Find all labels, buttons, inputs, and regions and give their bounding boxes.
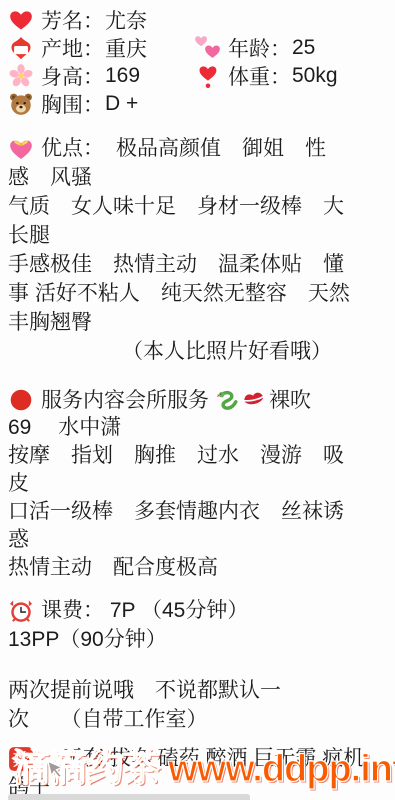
services-title-line: 服务内容会所服务 裸吹 [8,386,391,414]
profile-row-origin-age: 产地： 重庆 年龄： 25 [8,34,391,62]
watermark-url: www.ddpp.info [168,748,395,790]
name-badge-icon [8,35,34,61]
red-circle-icon [8,387,34,413]
merits-line: 丰胸翘臀 [8,308,391,337]
mouse-cursor-icon [46,757,70,781]
bottom-edge-bar [8,794,250,800]
height-label: 身高： [41,61,105,91]
pricing-line1: 课费： 7P （45分钟） [41,596,248,625]
merits-line: 气质 女人味十足 身材一级棒 大 [8,192,391,221]
services-line: 69 水中潇 [8,414,391,442]
origin-label: 产地： [41,33,105,63]
profile-block: 芳名： 尤奈 产地： 重庆 年龄： 25 [8,6,391,118]
age-value: 25 [292,36,315,60]
two-hearts-icon [195,35,221,61]
merits-block: 优点： 极品高颜值 御姐 性 感 风骚 气质 女人味十足 身材一级棒 大 长腿 … [8,134,391,366]
bust-value: D + [105,92,138,116]
merits-line: 事 活好不粘人 纯天然无整容 天然 [8,279,391,308]
pricing-line2: 13PP（90分钟） [8,625,391,654]
red-heart-icon [8,7,34,33]
profile-row-name: 芳名： 尤奈 [8,6,391,34]
merits-line: 长腿 [8,221,391,250]
pricing-title-line: 课费： 7P （45分钟） [8,596,391,625]
merits-title-line: 优点： 极品高颜值 御姐 性 [8,134,391,163]
heart-with-ribbon-icon [8,136,34,162]
services-line: 惑 [8,526,391,554]
height-value: 169 [105,64,140,88]
name-label: 芳名： [41,5,105,35]
merits-label: 优点： [41,134,104,163]
name-value: 尤奈 [105,5,147,35]
bear-icon [8,91,34,117]
services-line: 口活一级棒 多套情趣内衣 丝袜诱 [8,498,391,526]
alarm-clock-icon [8,598,34,624]
profile-row-bust: 胸围： D + [8,90,391,118]
services-block: 服务内容会所服务 裸吹 69 水中潇 按摩 指划 胸推 过水 漫游 吸 皮 口活… [8,386,391,582]
snake-icon [216,388,240,412]
kiss-mark-icon [242,388,266,412]
origin-value: 重庆 [105,33,147,63]
merits-line: 手感极佳 热情主动 温柔体贴 懂 [8,250,391,279]
bust-label: 胸围： [41,89,105,119]
weight-label: 体重： [228,61,292,91]
profile-row-height-weight: 身高： 169 体重： 50kg [8,62,391,90]
ad-text-page: 芳名： 尤奈 产地： 重庆 年龄： 25 [0,0,395,800]
services-title-left: 服务内容会所服务 [41,386,209,414]
merits-line1-text: 极品高颜值 御姐 性 [116,134,326,163]
heart-exclamation-icon [195,63,221,89]
booking-block: 两次提前说哦 不说都默认一 次 （自带工作室） [8,676,391,734]
cherry-blossom-icon [8,63,34,89]
services-line: 热情主动 配合度极高 [8,554,391,582]
watermark-chinese: 滴滴约茶 [12,748,160,790]
booking-line1: 两次提前说哦 不说都默认一 [8,676,391,705]
booking-line2: 次 （自带工作室） [8,705,391,734]
merits-note: （本人比照片好看哦） [8,337,391,366]
pricing-block: 课费： 7P （45分钟） 13PP（90分钟） [8,596,391,654]
services-line: 皮 [8,470,391,498]
services-title-right: 裸吹 [269,386,311,414]
services-line: 按摩 指划 胸推 过水 漫游 吸 [8,442,391,470]
merits-line: 感 风骚 [8,163,391,192]
weight-value: 50kg [292,64,338,88]
age-label: 年龄： [228,33,292,63]
